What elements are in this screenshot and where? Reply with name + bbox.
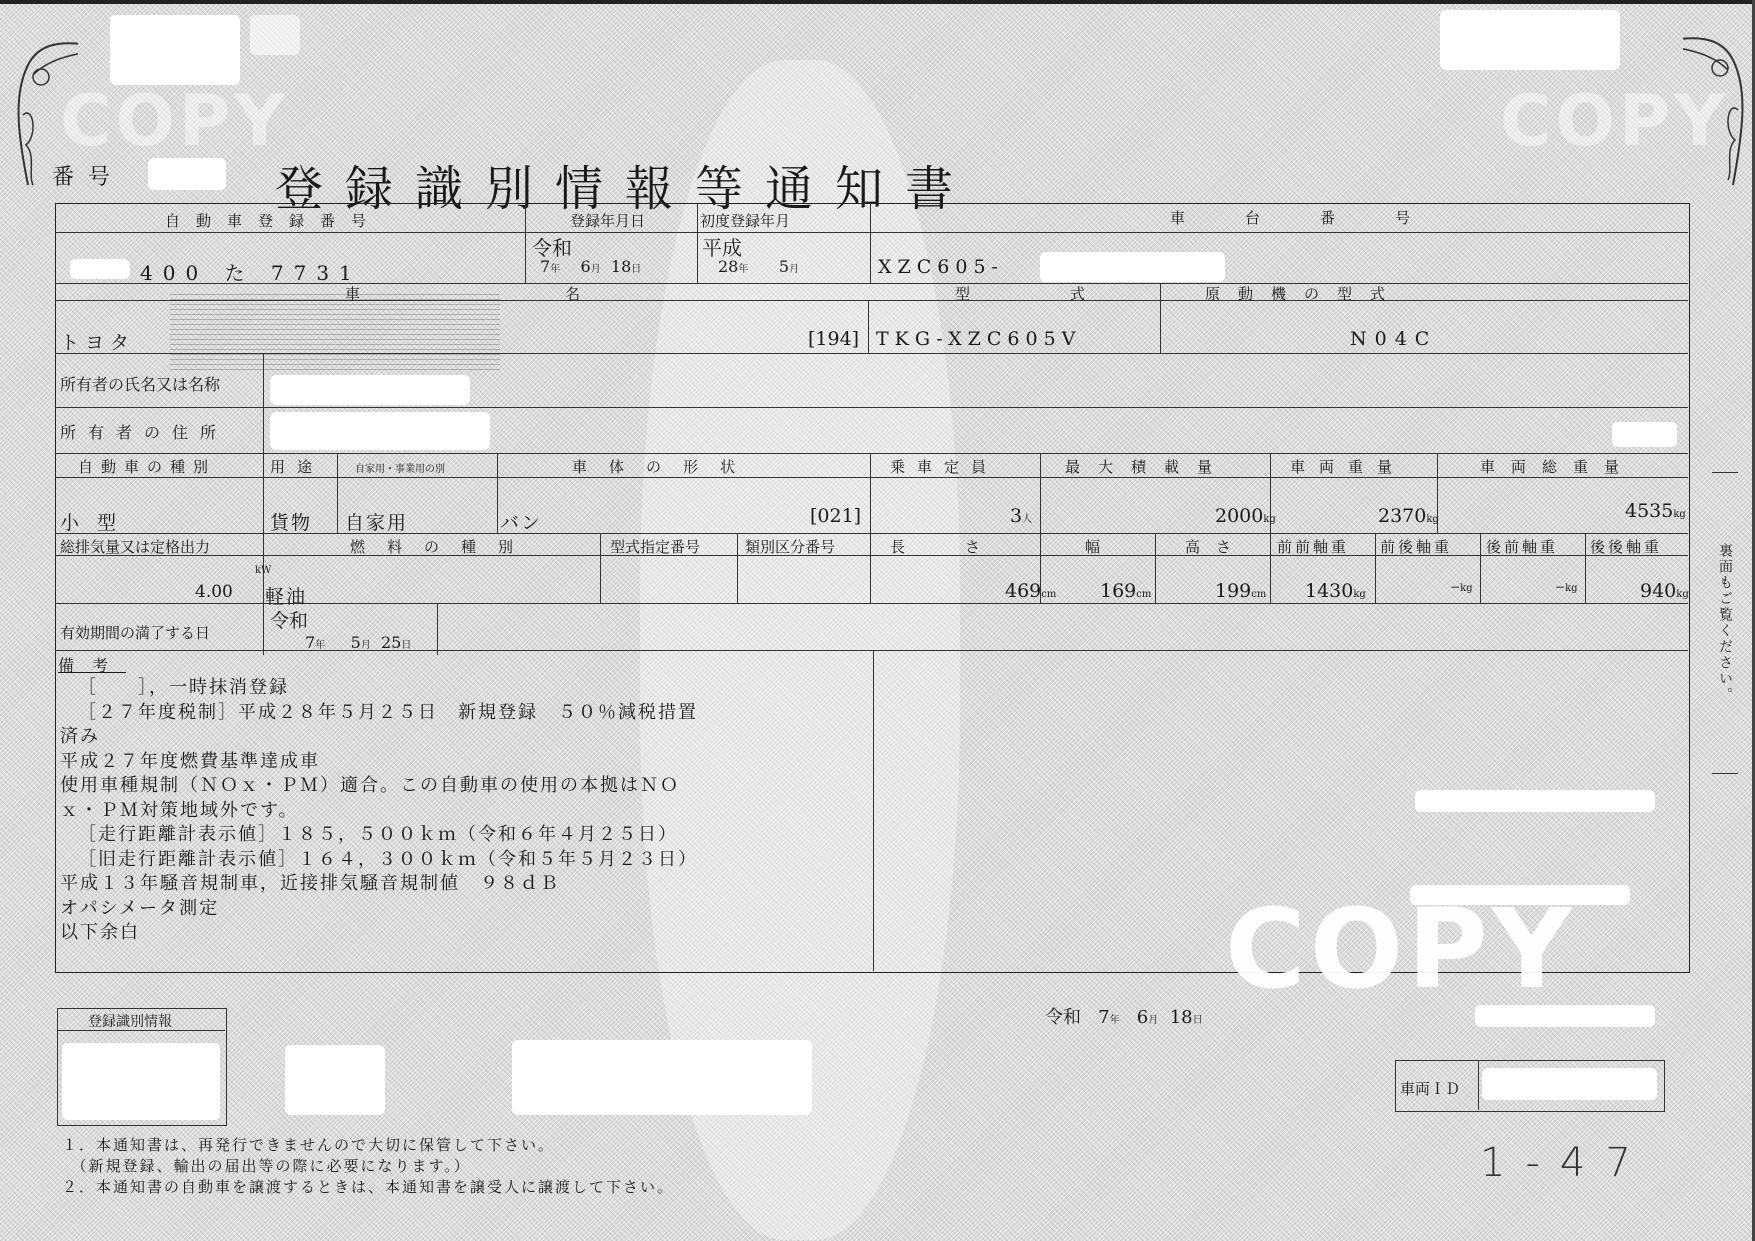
max-load-value: 2000kg (1215, 505, 1276, 527)
copy-watermark: COPY (1500, 80, 1729, 162)
redacted-number (148, 158, 226, 190)
capacity-value: 3人 (1010, 505, 1032, 527)
footer-note: １．本通知書は、再発行できませんので大切に保管して下さい。 (62, 1135, 674, 1156)
length-value: 469cm (1005, 580, 1056, 602)
engine-model: N04C (1350, 328, 1437, 350)
redacted-area (250, 15, 300, 55)
remarks-line: 使用車種規制（ＮＯｘ・ＰＭ）適合。この自動車の使用の本拠はＮＯ (60, 774, 698, 799)
capacity-label: 乗車定員 (890, 456, 998, 477)
body-shape-value: バン (500, 508, 542, 535)
model-label-2: 式 (1070, 283, 1093, 304)
rr-axle-label: 後後軸重 (1590, 536, 1662, 557)
max-load-label: 最大積載量 (1065, 456, 1230, 477)
fuel-value: 軽油 (265, 582, 307, 609)
footer-note: （新規登録、輸出の届出等の際に必要になります。） (62, 1156, 674, 1177)
footer-note: ２．本通知書の自動車を譲渡するときは、本通知書を譲受人に譲渡して下さい。 (62, 1177, 674, 1198)
rf-axle-label: 後前軸重 (1486, 536, 1558, 557)
remarks-line: 平成１３年騒音規制車，近接排気騒音規制値 ９８ｄＢ (60, 872, 698, 897)
model-code: [194] (808, 328, 859, 350)
remarks-line: 済み (60, 725, 698, 750)
issue-date: 令和 7年 6月 18日 (1045, 1003, 1203, 1029)
side-note: 裏面もご覧ください。 (1712, 472, 1738, 774)
height-value: 199cm (1215, 580, 1266, 602)
redacted-registration-info (285, 1045, 385, 1115)
length-label: 長さ (890, 536, 1040, 557)
plate-number: 400 た 7731 (60, 235, 520, 281)
handwritten-note: 1-47 (1480, 1140, 1651, 1186)
expiry-label: 有効期間の満了する日 (60, 622, 210, 643)
remarks-line: オパシメータ測定 (60, 897, 698, 922)
use-value: 貨物 (270, 508, 312, 535)
remarks-line: ［２７年度税制］平成２８年５月２５日 新規登録 ５０％減税措置 (78, 701, 698, 726)
ff-axle-value: 1430kg (1305, 580, 1366, 602)
body-shape-code: [021] (810, 505, 861, 527)
redacted-area (1415, 790, 1655, 812)
width-value: 169cm (1100, 580, 1151, 602)
redacted-vehicle-name (170, 290, 500, 370)
vehicle-weight-label: 車両重量 (1290, 456, 1406, 477)
vehicle-weight-value: 2370kg (1378, 505, 1439, 527)
width-label: 幅 (1085, 536, 1108, 557)
remarks-list: ［ ］，一時抹消登録［２７年度税制］平成２８年５月２５日 新規登録 ５０％減税措… (78, 676, 698, 946)
first-registration-label: 初度登録年月 (700, 210, 790, 231)
remarks-line: 以下余白 (60, 921, 698, 946)
redacted-registration-info (512, 1040, 812, 1115)
remarks-line: 平成２７年度燃費基準達成車 (60, 750, 698, 775)
vehicle-class-label: 自動車の種別 (78, 456, 216, 477)
engine-model-label: 原動機の型式 (1205, 283, 1403, 304)
number-label: 番号 (52, 160, 124, 191)
redacted-vehicle-id (1482, 1068, 1657, 1100)
rf-axle-value: −kg (1555, 580, 1578, 594)
body-shape-label: 車体の形状 (572, 456, 757, 477)
remarks-line: ｘ・ＰＭ対策地域外です。 (60, 799, 698, 824)
registration-info-label: 登録識別情報 (88, 1011, 172, 1031)
owner-name-label: 所有者の氏名又は名称 (60, 372, 220, 395)
redacted-owner-name (270, 375, 470, 405)
redacted-chassis (1040, 252, 1225, 282)
vehicle-id-label: 車両ＩＤ (1400, 1078, 1460, 1099)
plate-number-value: 400 た 7731 (140, 257, 362, 286)
vehicle-class-value: 小 型 (60, 508, 122, 535)
fr-axle-label: 前後軸重 (1380, 536, 1452, 557)
redacted-area (1475, 1005, 1655, 1027)
redacted-owner-address (270, 412, 490, 450)
scan-top-edge (0, 0, 1755, 4)
use-label: 用途 (270, 456, 324, 477)
type-designation-label: 型式指定番号 (610, 536, 700, 557)
category-number-label: 類別区分番号 (745, 536, 835, 557)
footer-notes: １．本通知書は、再発行できませんので大切に保管して下さい。 （新規登録、輸出の届… (62, 1135, 674, 1198)
remarks-line: ［走行距離計表示値］１８５，５００ｋｍ（令和６年４月２５日） (78, 823, 698, 848)
redacted-area (1440, 10, 1620, 70)
owner-address-label: 所有者の住所 (60, 420, 228, 443)
private-business-label: 自家用・事業用の別 (355, 460, 445, 475)
first-registration-date: 28年 5月 (718, 257, 799, 276)
gross-weight-value: 4535kg (1625, 500, 1686, 522)
redacted-address-code (1612, 422, 1677, 447)
vehicle-model: TKG-XZC605V (876, 328, 1081, 350)
remarks-label: 備考 (58, 653, 126, 676)
redacted-plate-region (70, 259, 130, 279)
registration-date-label: 登録年月日 (570, 210, 645, 231)
expiry-era: 令和 (270, 606, 308, 633)
chassis-number: XZC605- (878, 256, 1004, 278)
gross-weight-label: 車両総重量 (1480, 456, 1635, 477)
vehicle-name-label-2: 名 (565, 283, 588, 304)
private-business-value: 自家用 (345, 508, 408, 535)
displacement-label: 総排気量又は定格出力 (60, 536, 210, 557)
ff-axle-label: 前前軸重 (1277, 536, 1349, 557)
remarks-line: ［ ］，一時抹消登録 (78, 676, 698, 701)
redacted-registration-info (62, 1043, 220, 1120)
registration-date: 7年 6月 18日 (540, 257, 641, 276)
chassis-number-label: 車台番号 (1170, 207, 1470, 228)
fr-axle-value: −kg (1450, 580, 1473, 594)
remarks-line: ［旧走行距離計表示値］１６４，３００ｋｍ（令和５年５月２３日） (78, 848, 698, 873)
model-label-1: 型 (955, 283, 978, 304)
redacted-area (110, 15, 240, 85)
registration-number-label: 自動車登録番号 (165, 210, 382, 231)
displacement-value: kW 4.00 (195, 570, 233, 590)
height-label: 高さ (1185, 536, 1247, 557)
fuel-label: 燃料の種別 (350, 536, 535, 557)
vehicle-make: トヨタ (60, 328, 135, 355)
copy-watermark: COPY (60, 80, 289, 162)
copy-watermark: COPY (1225, 885, 1576, 1013)
rr-axle-value: 940kg (1640, 580, 1689, 602)
